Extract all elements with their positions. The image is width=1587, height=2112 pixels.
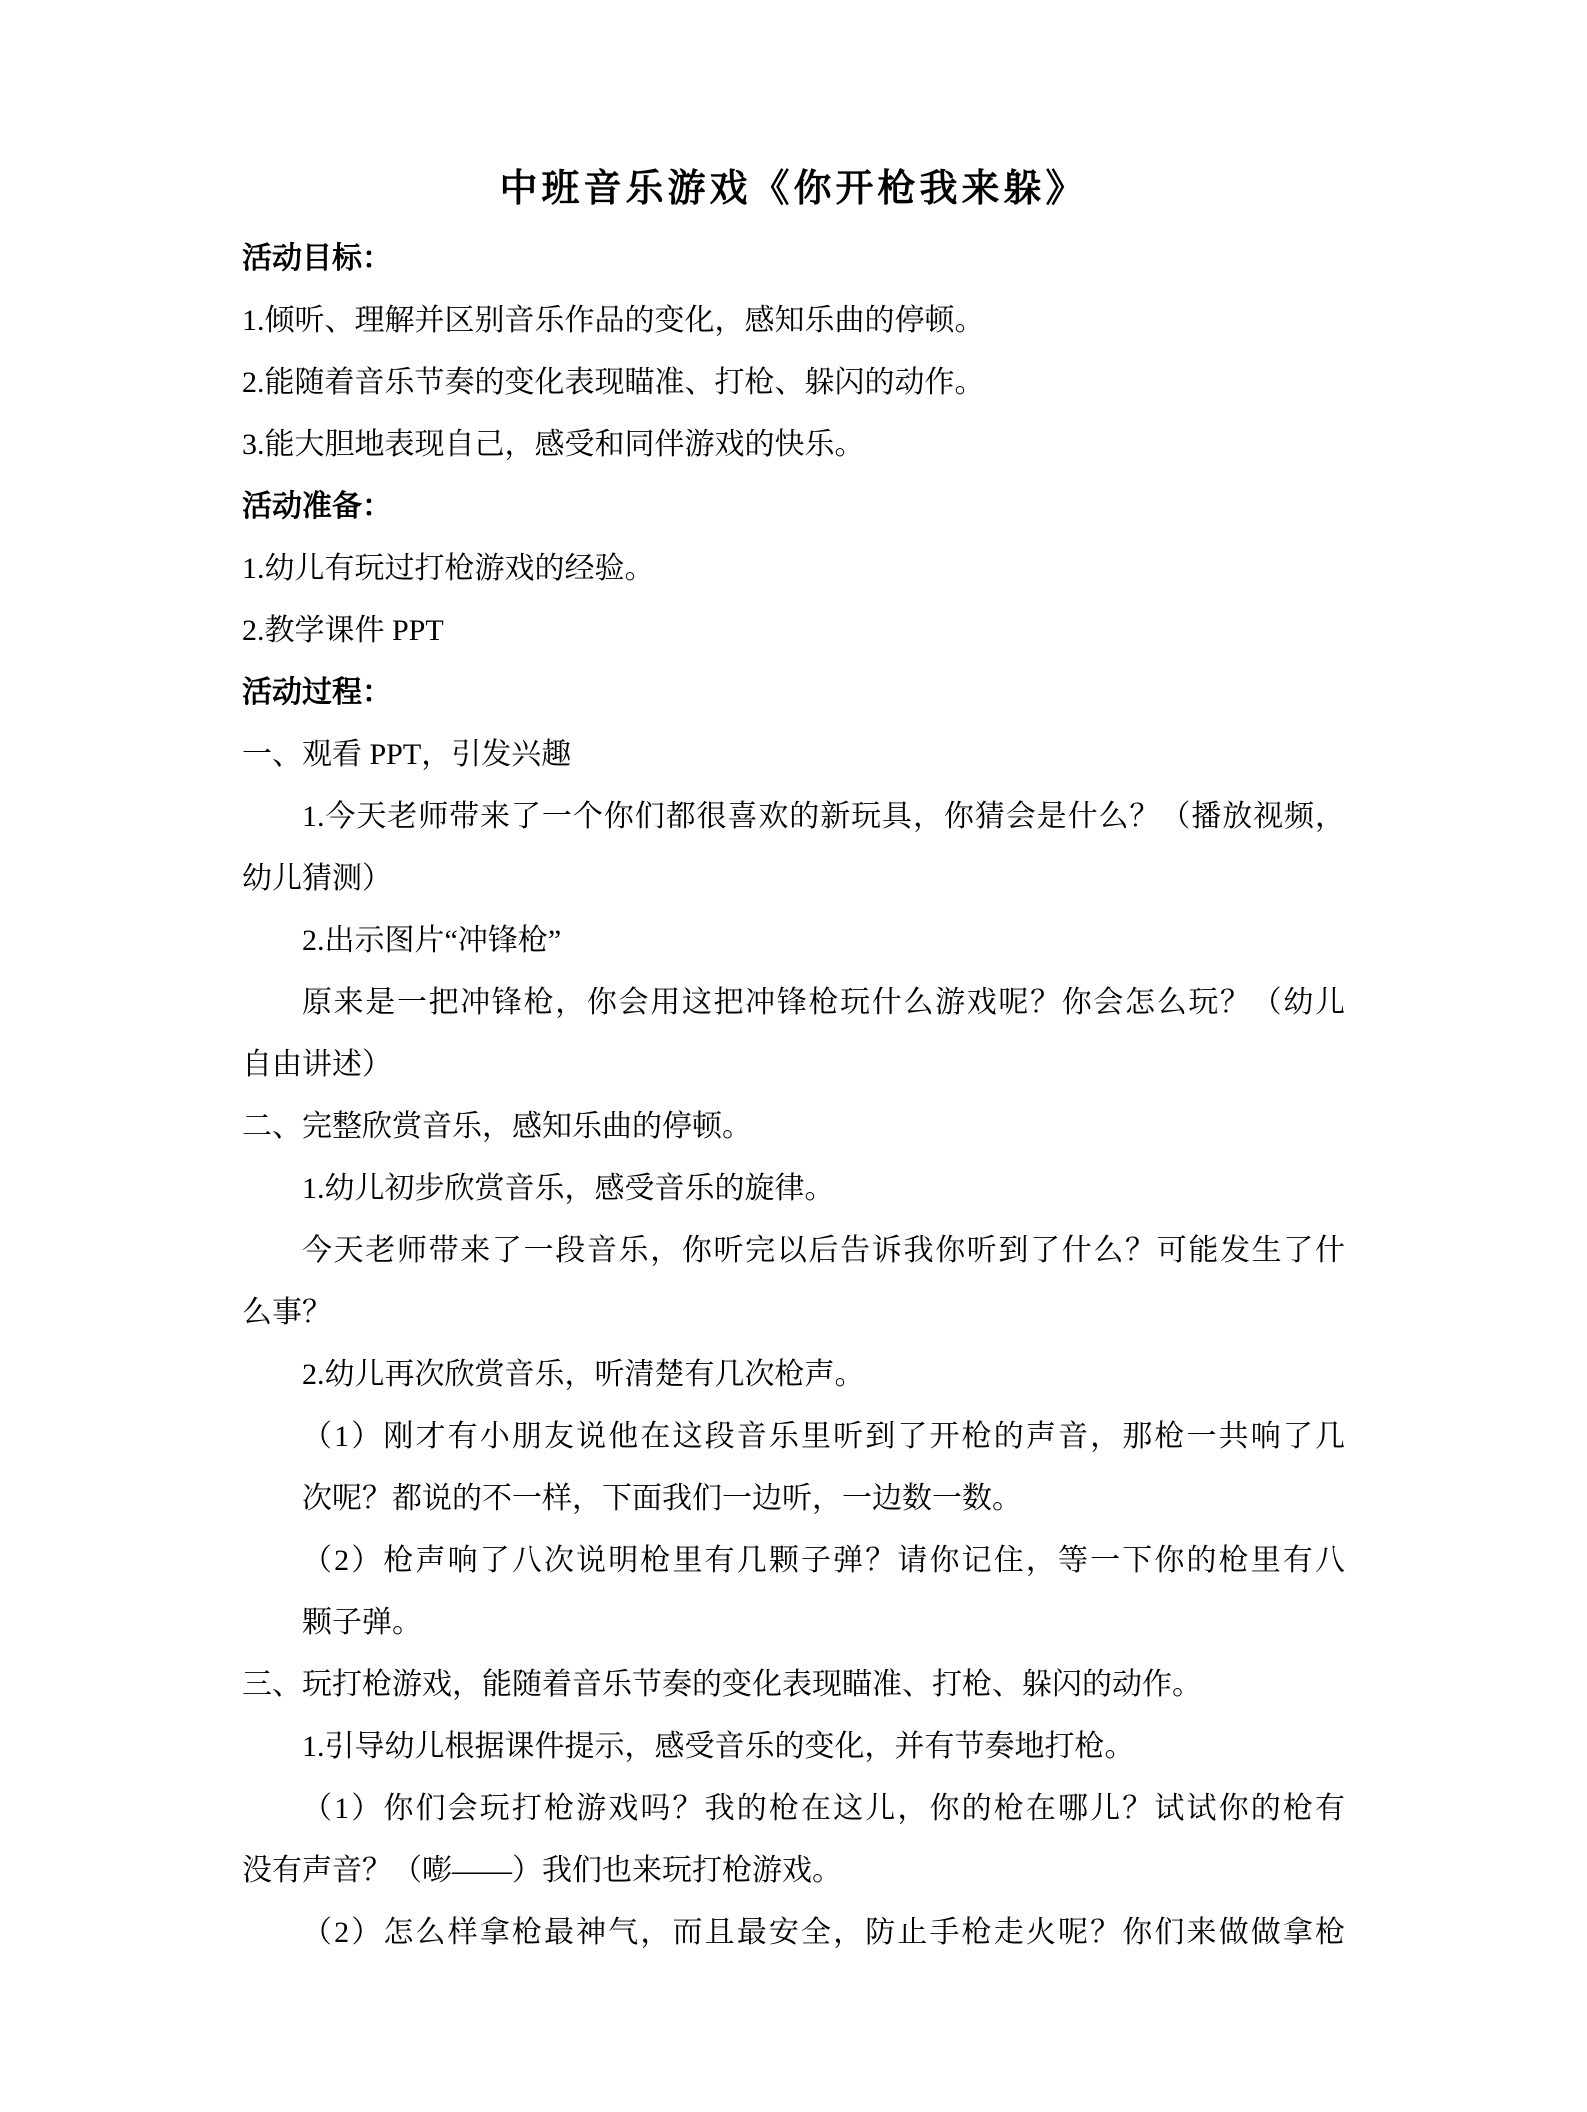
text-line: 活动过程： — [242, 662, 1345, 724]
text-line: 次呢？都说的不一样，下面我们一边听，一边数一数。 — [302, 1468, 1345, 1530]
text-line: 活动目标： — [242, 228, 1345, 290]
text-line: （1）你们会玩打枪游戏吗？我的枪在这儿，你的枪在哪儿？试试你的枪有 — [242, 1778, 1345, 1840]
text-line: 2.教学课件 PPT — [242, 600, 1345, 662]
text-line: （2）枪声响了八次说明枪里有几颗子弹？请你记住，等一下你的枪里有八 — [302, 1530, 1345, 1592]
text-line: 1.幼儿有玩过打枪游戏的经验。 — [242, 538, 1345, 600]
text-line: 颗子弹。 — [302, 1592, 1345, 1654]
text-line: 三、玩打枪游戏，能随着音乐节奏的变化表现瞄准、打枪、躲闪的动作。 — [242, 1654, 1345, 1716]
text-line: （1）刚才有小朋友说他在这段音乐里听到了开枪的声音，那枪一共响了几 — [302, 1406, 1345, 1468]
text-line: 1.今天老师带来了一个你们都很喜欢的新玩具，你猜会是什么？（播放视频， — [242, 786, 1345, 848]
text-line: 1.倾听、理解并区别音乐作品的变化，感知乐曲的停顿。 — [242, 290, 1345, 352]
text-line: 3.能大胆地表现自己，感受和同伴游戏的快乐。 — [242, 414, 1345, 476]
text-line: 一、观看 PPT，引发兴趣 — [242, 724, 1345, 786]
text-line: 2.幼儿再次欣赏音乐，听清楚有几次枪声。 — [242, 1344, 1345, 1406]
text-line: （2）怎么样拿枪最神气，而且最安全，防止手枪走火呢？你们来做做拿枪 — [242, 1902, 1345, 1964]
text-line: 幼儿猜测） — [242, 848, 1345, 910]
document-content: 中班音乐游戏《你开枪我来躲》 活动目标：1.倾听、理解并区别音乐作品的变化，感知… — [0, 0, 1587, 1964]
text-line: 自由讲述） — [242, 1034, 1345, 1096]
text-line: 么事？ — [242, 1282, 1345, 1344]
text-line: 二、完整欣赏音乐，感知乐曲的停顿。 — [242, 1096, 1345, 1158]
text-line: 今天老师带来了一段音乐，你听完以后告诉我你听到了什么？可能发生了什 — [242, 1220, 1345, 1282]
document-body: 活动目标：1.倾听、理解并区别音乐作品的变化，感知乐曲的停顿。2.能随着音乐节奏… — [242, 228, 1345, 1964]
document-page: 中班音乐游戏《你开枪我来躲》 活动目标：1.倾听、理解并区别音乐作品的变化，感知… — [0, 0, 1587, 2112]
text-line: 2.能随着音乐节奏的变化表现瞄准、打枪、躲闪的动作。 — [242, 352, 1345, 414]
text-line: 没有声音？（嘭——）我们也来玩打枪游戏。 — [242, 1840, 1345, 1902]
document-title: 中班音乐游戏《你开枪我来躲》 — [242, 150, 1345, 228]
text-line: 2.出示图片“冲锋枪” — [242, 910, 1345, 972]
text-line: 活动准备： — [242, 476, 1345, 538]
text-line: 1.幼儿初步欣赏音乐，感受音乐的旋律。 — [242, 1158, 1345, 1220]
text-line: 原来是一把冲锋枪，你会用这把冲锋枪玩什么游戏呢？你会怎么玩？（幼儿 — [242, 972, 1345, 1034]
text-line: 1.引导幼儿根据课件提示，感受音乐的变化，并有节奏地打枪。 — [242, 1716, 1345, 1778]
